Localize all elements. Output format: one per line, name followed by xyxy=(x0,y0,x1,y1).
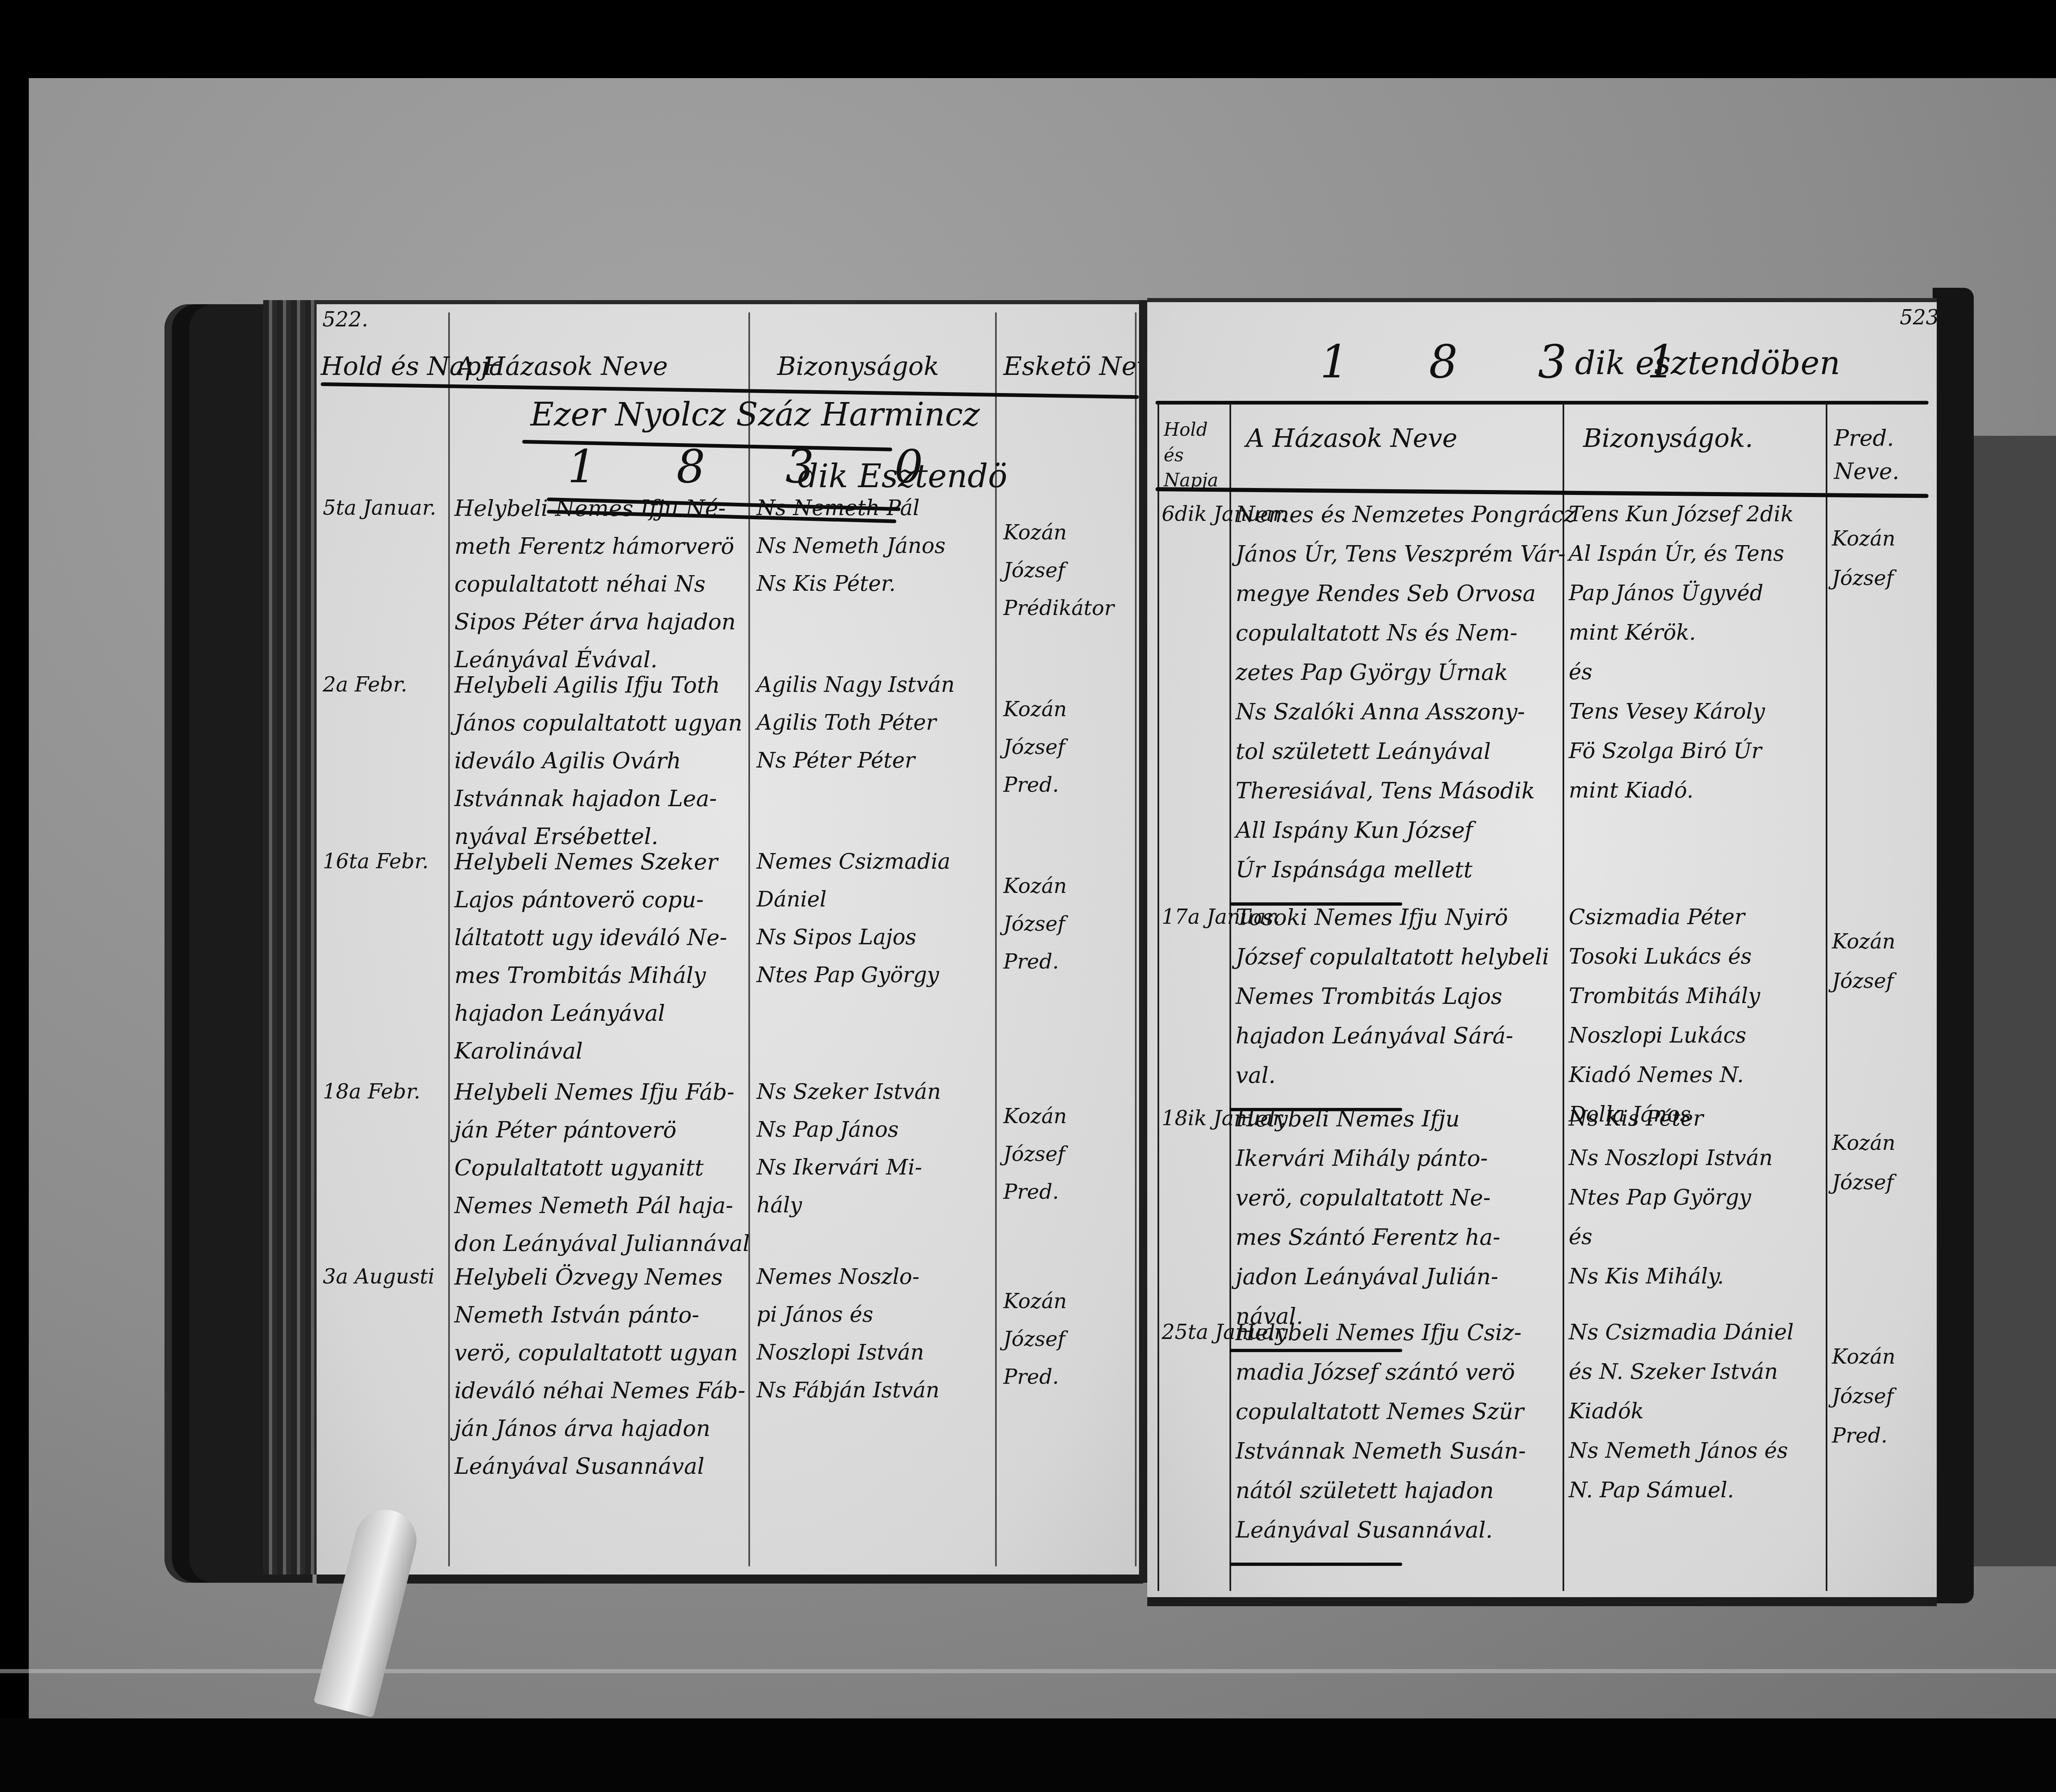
entry-witness-line: Noszlopi István xyxy=(757,1342,924,1363)
entry-names-line: All Ispány Kun József xyxy=(1236,819,1473,842)
entry-witness-line: pi János és xyxy=(757,1304,873,1325)
entry-officiant-line: Kozán xyxy=(1832,931,1895,952)
entry-witness-line: Ns Sipos Lajos xyxy=(757,927,916,948)
entry-date: 18a Febr. xyxy=(323,1081,420,1102)
entry-names-line: Helybeli Agilis Ifju Toth xyxy=(454,674,720,696)
book-cover-right xyxy=(1933,288,1974,1603)
entry-witness-line: Kiadók xyxy=(1569,1401,1644,1422)
entry-names-line: láltatott ugy ideváló Ne- xyxy=(454,927,727,949)
column-header-names: A Házasok Neve xyxy=(1246,425,1457,451)
entry-date: 2a Febr. xyxy=(323,674,407,695)
entry-names-line: tol született Leányával xyxy=(1236,740,1491,763)
entry-witness-line: Ns Nemeth János és xyxy=(1569,1440,1788,1461)
entry-names-line: János Úr, Tens Veszprém Vár- xyxy=(1236,543,1565,565)
entry-officiant-line: József xyxy=(1832,568,1894,588)
column-divider xyxy=(748,312,750,1566)
entry-officiant-line: József xyxy=(1003,1144,1065,1164)
entry-names-line: Istvánnak hajadon Lea- xyxy=(454,788,717,810)
entry-witness-line: hály xyxy=(757,1195,802,1216)
entry-names-line: nától született hajadon xyxy=(1236,1480,1494,1502)
entry-names-line: Nemes és Nemzetes Pongrácz xyxy=(1236,504,1575,526)
entry-names-line: Leányával Susannával xyxy=(454,1455,704,1478)
entry-witness-line: Fö Szolga Biró Úr xyxy=(1569,740,1762,762)
entry-names-line: Helybeli Nemes Ifju Né- xyxy=(454,497,726,520)
entry-witness-line: Ns Kis Péter xyxy=(1569,1108,1703,1129)
entry-witness-line: mint Kiadó. xyxy=(1569,780,1694,801)
column-divider xyxy=(1826,403,1827,1591)
entry-officiant-line: József xyxy=(1832,1386,1894,1406)
entry-officiant-line: Kozán xyxy=(1003,699,1067,719)
entry-names-line: zetes Pap György Úrnak xyxy=(1236,661,1508,684)
left-page: 522. Hold és Napja A Házasok Neve Bizony… xyxy=(317,300,1143,1584)
entry-witness-line: Ntes Pap György xyxy=(757,964,939,986)
entry-officiant-line: József xyxy=(1003,913,1065,934)
column-header-names: A Házasok Neve xyxy=(456,354,668,379)
entry-names-line: verö, copulaltatott ugyan xyxy=(454,1342,738,1364)
entry-names-line: Leányával Susannával. xyxy=(1236,1519,1493,1541)
column-header-witnesses: Bizonyságok xyxy=(777,354,939,379)
page-stack xyxy=(263,300,321,1575)
entry-witness-line: Ns Szeker István xyxy=(757,1081,941,1103)
entry-officiant-line: József xyxy=(1832,1172,1894,1193)
entry-names-line: Helybeli Nemes Szeker xyxy=(454,851,718,873)
entry-names-line: Ikervári Mihály pánto- xyxy=(1236,1147,1488,1170)
entry-names-line: ideválo Agilis Ovárh xyxy=(454,750,681,772)
entry-witness-line: Tens Vesey Károly xyxy=(1569,701,1765,722)
entry-names-line: ján János árva hajadon xyxy=(454,1417,711,1440)
entry-names-line: hajadon Leányával Sárá- xyxy=(1236,1025,1513,1047)
entry-witness-line: Ntes Pap György xyxy=(1569,1187,1751,1208)
table-top-rule xyxy=(1155,401,1929,405)
entry-names-line: Helybeli Nemes Ifju Fáb- xyxy=(454,1081,734,1103)
entry-names-line: Istvánnak Nemeth Susán- xyxy=(1236,1440,1526,1462)
entry-date: 5ta Januar. xyxy=(323,497,436,518)
entry-names-line: mes Szántó Ferentz ha- xyxy=(1236,1226,1500,1249)
entry-witness-line: mint Kérök. xyxy=(1569,622,1696,643)
entry-officiant-line: József xyxy=(1003,737,1065,757)
entry-officiant-line: Pred. xyxy=(1003,775,1059,795)
entry-names-line: ján Péter pántoverö xyxy=(454,1119,676,1141)
entry-names-line: Úr Ispánsága mellett xyxy=(1236,859,1473,881)
entry-names-line: nyával Ersébettel. xyxy=(454,825,658,848)
entry-names-line: madia József szántó verö xyxy=(1236,1361,1515,1383)
entry-officiant-line: József xyxy=(1003,1329,1065,1349)
entry-names-line: Copulaltatott ugyanitt xyxy=(454,1157,704,1179)
entry-names-line: ideváló néhai Nemes Fáb- xyxy=(454,1380,746,1402)
entry-date: 3a Augusti xyxy=(323,1266,435,1287)
entry-names-line: Helybeli Nemes Ifju Csiz- xyxy=(1236,1322,1521,1344)
entry-officiant-line: Kozán xyxy=(1003,1106,1067,1126)
entry-officiant-line: Pred. xyxy=(1003,1182,1059,1202)
entry-separator xyxy=(1229,1563,1402,1566)
year-heading-suffix: dik esztendöben xyxy=(1575,347,1840,379)
entry-officiant-line: Prédikátor xyxy=(1003,598,1114,618)
scan-edge-bottom xyxy=(0,1718,2056,1792)
entry-witness-line: Noszlopi Lukács xyxy=(1569,1025,1746,1046)
entry-officiant-line: Kozán xyxy=(1003,522,1067,543)
book-shadow xyxy=(1966,436,2056,1566)
header-underline xyxy=(1155,487,1929,498)
column-header-officiant: Pred. Neve. xyxy=(1834,421,1916,488)
entry-officiant-line: Kozán xyxy=(1003,876,1067,896)
entry-witness-line: Ns Péter Péter xyxy=(757,750,915,771)
column-divider xyxy=(448,312,450,1566)
entry-names-line: copulaltatott Nemes Szür xyxy=(1236,1401,1524,1423)
entry-names-line: meth Ferentz hámorverö xyxy=(454,535,734,557)
column-divider xyxy=(1563,403,1564,1591)
page-number: 522. xyxy=(322,309,368,330)
entry-officiant-line: Kozán xyxy=(1832,528,1895,549)
entry-names-line: Tosoki Nemes Ifju Nyirö xyxy=(1236,906,1508,929)
entry-witness-line: Ns Nemeth Pál xyxy=(757,497,919,519)
entry-names-line: Helybeli Özvegy Nemes xyxy=(454,1266,723,1288)
year-heading-suffix: dik Esztendö xyxy=(798,460,1007,493)
right-page: 523. 1 8 3 1 dik esztendöben Hold és Nap… xyxy=(1147,298,1937,1606)
entry-officiant-line: Kozán xyxy=(1832,1346,1895,1367)
entry-names-line: don Leányával Juliannával xyxy=(454,1232,750,1255)
entry-witness-line: és xyxy=(1569,1226,1592,1248)
entry-witness-line: Pap János Ügyvéd xyxy=(1569,583,1763,604)
entry-names-line: József copulaltatott helybeli xyxy=(1236,946,1549,968)
entry-witness-line: Agilis Nagy István xyxy=(757,674,955,696)
page-number: 523. xyxy=(1900,307,1945,328)
entry-witness-line: Ns Kis Mihály. xyxy=(1569,1266,1724,1287)
entry-witness-line: Nemes Noszlo- xyxy=(757,1266,919,1288)
entry-names-line: Sipos Péter árva hajadon xyxy=(454,611,736,633)
entry-witness-line: Tens Kun József 2dik xyxy=(1569,504,1794,525)
entry-witness-line: Kiadó Nemes N. xyxy=(1569,1064,1744,1086)
book-gutter xyxy=(1139,300,1147,1583)
column-divider xyxy=(995,312,997,1566)
entry-witness-line: és xyxy=(1569,661,1592,683)
entry-names-line: copulaltatott néhai Ns xyxy=(454,573,706,595)
entry-names-line: Nemes Trombitás Lajos xyxy=(1236,985,1502,1008)
entry-date: 16ta Febr. xyxy=(323,851,428,872)
entry-witness-line: Dániel xyxy=(757,889,827,910)
entry-names-line: megye Rendes Seb Orvosa xyxy=(1236,583,1536,605)
entry-names-line: Nemeth István pánto- xyxy=(454,1304,699,1326)
entry-witness-line: Ns Ikervári Mi- xyxy=(757,1157,922,1178)
entry-names-line: val. xyxy=(1236,1064,1276,1087)
entry-witness-line: Ns Noszlopi István xyxy=(1569,1147,1773,1169)
entry-witness-line: Tosoki Lukács és xyxy=(1569,946,1752,967)
entry-officiant-line: Pred. xyxy=(1003,1367,1059,1387)
column-divider xyxy=(1158,403,1159,1591)
entry-names-line: copulaltatott Ns és Nem- xyxy=(1236,622,1517,644)
entry-witness-line: Ns Kis Péter. xyxy=(757,573,896,594)
year-heading-words: Ezer Nyolcz Száz Harmincz xyxy=(530,399,980,431)
entry-names-line: hajadon Leányával xyxy=(454,1002,665,1024)
column-header-witnesses: Bizonyságok. xyxy=(1583,425,1753,451)
entry-names-line: Karolinával xyxy=(454,1040,583,1062)
entry-witness-line: Agilis Toth Péter xyxy=(757,712,936,733)
entry-separator xyxy=(1229,1349,1402,1352)
entry-witness-line: Ns Csizmadia Dániel xyxy=(1569,1322,1794,1343)
column-header-date: Hold és Napja xyxy=(1164,417,1225,493)
entry-witness-line: és N. Szeker István xyxy=(1569,1361,1778,1383)
entry-names-line: mes Trombitás Mihály xyxy=(454,964,706,987)
entry-officiant-line: Pred. xyxy=(1832,1425,1887,1446)
entry-names-line: jadon Leányával Julián- xyxy=(1236,1266,1498,1288)
entry-witness-line: Nemes Csizmadia xyxy=(757,851,950,872)
entry-witness-line: Ns Nemeth János xyxy=(757,535,945,557)
entry-witness-line: Ns Fábján István xyxy=(757,1380,940,1401)
entry-officiant-line: József xyxy=(1832,971,1894,991)
scan-edge-strip xyxy=(0,1669,2056,1673)
entry-names-line: Helybeli Nemes Ifju xyxy=(1236,1108,1460,1130)
entry-officiant-line: Kozán xyxy=(1832,1133,1895,1153)
entry-names-line: Leányával Évával. xyxy=(454,649,658,671)
entry-names-line: Theresiával, Tens Második xyxy=(1236,780,1535,802)
entry-officiant-line: Kozán xyxy=(1003,1291,1067,1311)
entry-names-line: Nemes Nemeth Pál haja- xyxy=(454,1195,733,1217)
entry-names-line: Ns Szalóki Anna Asszony- xyxy=(1236,701,1525,723)
entry-witness-line: Al Ispán Úr, és Tens xyxy=(1569,543,1784,564)
entry-witness-line: Trombitás Mihály xyxy=(1569,985,1760,1007)
entry-witness-line: Csizmadia Péter xyxy=(1569,906,1745,928)
column-divider xyxy=(1135,312,1137,1566)
entry-officiant-line: Pred. xyxy=(1003,951,1059,972)
entry-names-line: verö, copulaltatott Ne- xyxy=(1236,1187,1491,1209)
entry-names-line: János copulaltatott ugyan xyxy=(454,712,742,734)
entry-witness-line: Ns Pap János xyxy=(757,1119,899,1140)
column-divider xyxy=(1229,403,1231,1591)
entry-names-line: Lajos pántoverö copu- xyxy=(454,889,704,911)
entry-officiant-line: József xyxy=(1003,560,1065,580)
entry-witness-line: N. Pap Sámuel. xyxy=(1569,1480,1734,1501)
